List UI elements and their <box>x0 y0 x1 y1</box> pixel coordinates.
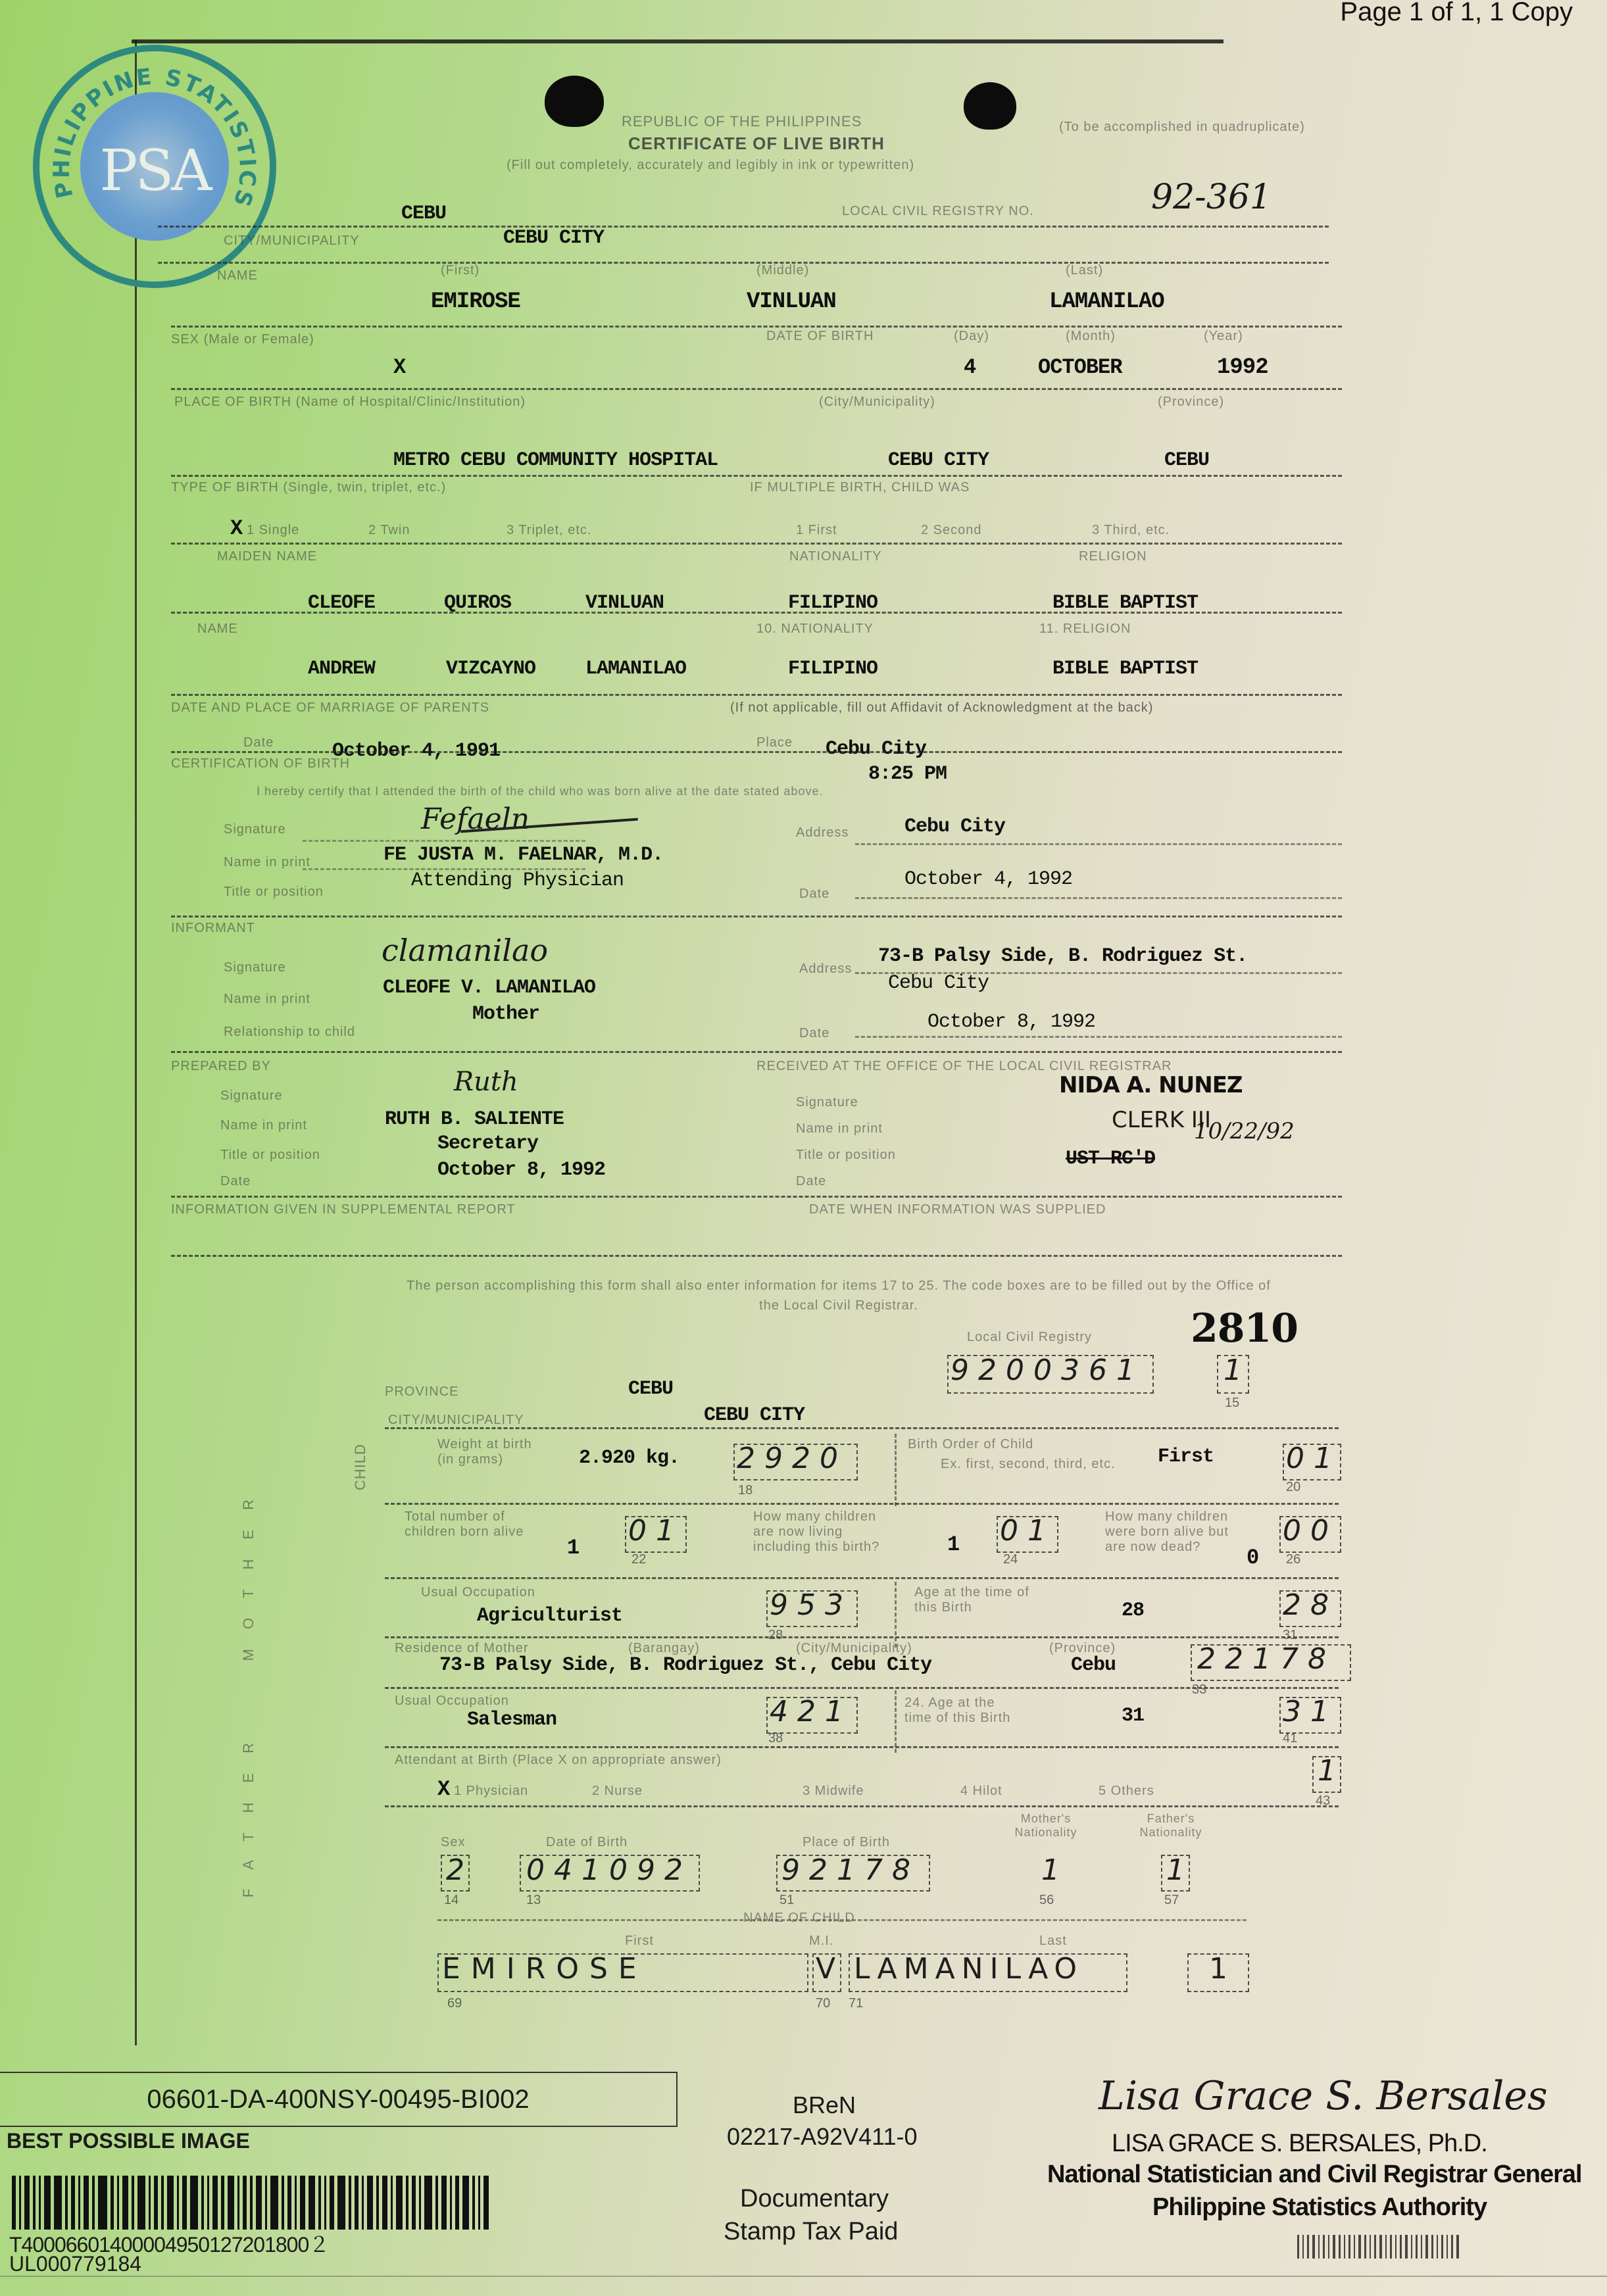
mother-nationality: FILIPINO <box>788 592 878 614</box>
attendant-option-physician: 1 Physician <box>454 1784 528 1799</box>
father-occ-line <box>385 1746 1339 1748</box>
province-line <box>158 226 1329 228</box>
living-code: 01 <box>1000 1514 1055 1548</box>
code-mother-nat-item: 56 <box>1039 1893 1054 1908</box>
father-age-label: 24. Age at the time of this Birth <box>904 1696 1023 1726</box>
marriage-date-label: Date <box>243 735 274 750</box>
code-dob-item: 13 <box>526 1893 541 1908</box>
day-label: (Day) <box>954 329 989 344</box>
received-signature-label: Signature <box>796 1095 858 1110</box>
father-name-label: NAME <box>197 622 238 637</box>
prepared-section-line <box>171 1196 1342 1198</box>
code-sex-item: 14 <box>444 1893 458 1908</box>
middle-label: (Middle) <box>756 263 809 278</box>
father-occupation-label: Usual Occupation <box>395 1694 509 1709</box>
birth-order-value: First <box>1158 1446 1214 1468</box>
mother-age-item: 31 <box>1283 1628 1297 1643</box>
living-item: 24 <box>1003 1552 1018 1567</box>
mother-occ-line <box>385 1636 1339 1638</box>
stat-city-label: CITY/MUNICIPALITY <box>388 1413 524 1428</box>
stat-province-label: PROVINCE <box>385 1384 458 1400</box>
total-born-value: 1 <box>567 1536 579 1560</box>
weight-divider <box>895 1434 897 1506</box>
code-pob: 92178 <box>781 1853 920 1887</box>
residence-line <box>385 1687 1339 1689</box>
mother-middle-name: QUIROS <box>444 592 511 614</box>
name-mi-label: M.I. <box>809 1934 833 1949</box>
dead-value: 0 <box>1247 1546 1258 1570</box>
informant-address-label: Address <box>799 962 852 977</box>
attendant-option-nurse: 2 Nurse <box>592 1784 643 1799</box>
attendant-stat-line <box>385 1805 1339 1807</box>
weight-item: 18 <box>738 1483 753 1498</box>
prepared-name: RUTH B. SALIENTE <box>385 1108 564 1131</box>
multiple-option-second: 2 Second <box>921 523 982 538</box>
attendant-title-label: Title or position <box>224 885 324 900</box>
copy-note: (To be accomplished in quadruplicate) <box>1059 120 1305 135</box>
father-age: 31 <box>1122 1705 1144 1727</box>
received-stamp-date: 10/22/92 <box>1194 1118 1295 1144</box>
mother-first-name: CLEOFE <box>308 592 375 614</box>
stamp-number: 2810 <box>1191 1306 1298 1352</box>
mother-occupation-code: 953 <box>770 1588 853 1622</box>
informant-address-line1: 73-B Palsy Side, B. Rodriguez St. <box>878 945 1247 967</box>
dob-label: DATE OF BIRTH <box>766 329 874 344</box>
attendant-sig-line <box>303 840 585 842</box>
name-extra-code: 1 <box>1209 1952 1237 1986</box>
signatory-signature: Lisa Grace S. Bersales <box>1099 2073 1548 2119</box>
type-option-triplet: 3 Triplet, etc. <box>507 523 592 538</box>
name-of-child-line <box>437 1919 1247 1921</box>
prepared-title-label: Title or position <box>220 1148 320 1163</box>
attendant-address-line <box>855 843 1342 845</box>
received-title-label: Title or position <box>796 1148 896 1163</box>
informant-address-rule <box>855 972 1342 974</box>
code-mother-nat-label: Mother's Nationality <box>1003 1812 1089 1840</box>
prepared-signature-label: Signature <box>220 1088 283 1104</box>
received-date-label: Date <box>796 1174 826 1189</box>
father-religion-label: 11. RELIGION <box>1039 622 1131 637</box>
bren-label: BReN <box>793 2091 856 2119</box>
birth-order-code: 01 <box>1286 1442 1341 1475</box>
informant-relationship: Mother <box>472 1003 539 1025</box>
weight-label: Weight at birth (in grams) <box>437 1437 543 1467</box>
weight-code: 2920 <box>737 1442 847 1475</box>
weight-line <box>385 1503 1339 1505</box>
weight-value: 2.920 kg. <box>579 1447 680 1469</box>
birth-time: 8:25 PM <box>868 763 947 785</box>
mother-occupation: Agriculturist <box>477 1605 622 1627</box>
registry-number: 92-361 <box>1151 178 1272 217</box>
side-label-father: FATHER <box>240 1723 257 1897</box>
type-label: TYPE OF BIRTH (Single, twin, triplet, et… <box>171 480 446 495</box>
type-option-twin: 2 Twin <box>368 523 410 538</box>
signatory-title: National Statistician and Civil Registra… <box>1047 2161 1582 2189</box>
birth-province: CEBU <box>1164 449 1209 472</box>
year-label: (Year) <box>1204 329 1243 344</box>
attendant-address-label: Address <box>796 825 849 841</box>
attendant-signature-label: Signature <box>224 822 286 837</box>
signatory-name: LISA GRACE S. BERSALES, Ph.D. <box>1112 2130 1487 2158</box>
stat-attendant-mark: X <box>437 1777 449 1801</box>
total-born-item: 22 <box>631 1552 646 1567</box>
dead-item: 26 <box>1286 1552 1300 1567</box>
local-registry-item-no: 15 <box>1225 1396 1239 1411</box>
prepared-date: October 8, 1992 <box>437 1159 605 1181</box>
father-religion: BIBLE BAPTIST <box>1052 658 1198 680</box>
name-item-mi: 70 <box>816 1996 830 2011</box>
father-last-name: LAMANILAO <box>585 658 686 680</box>
attendant-name: FE JUSTA M. FAELNAR, M.D. <box>383 844 663 866</box>
code-pob-item: 51 <box>779 1893 794 1908</box>
bren-number: 02217-A92V411-0 <box>727 2123 918 2151</box>
name-last-label: Last <box>1039 1934 1067 1949</box>
punch-hole-right <box>964 82 1016 130</box>
dob-day: 4 <box>964 355 976 379</box>
code-dob: 041092 <box>526 1853 692 1887</box>
mother-age-label: Age at the time of this Birth <box>914 1585 1033 1615</box>
stat-attendant-code: 1 <box>1318 1754 1345 1788</box>
birth-city: CEBU CITY <box>888 449 989 472</box>
type-line <box>171 543 1342 545</box>
multiple-option-third: 3 Third, etc. <box>1092 523 1170 538</box>
informant-date-rule <box>855 1036 1342 1038</box>
code-father-nat-label: Father's Nationality <box>1128 1812 1214 1840</box>
mother-nationality-label: NATIONALITY <box>789 549 882 564</box>
code-sex: 2 <box>446 1853 474 1887</box>
supplemental-label: INFORMATION GIVEN IN SUPPLEMENTAL REPORT <box>171 1202 516 1217</box>
informant-date: October 8, 1992 <box>927 1011 1095 1033</box>
punch-hole-left <box>545 76 604 127</box>
father-age-code: 31 <box>1283 1695 1338 1728</box>
municipality-label: CITY/MUNICIPALITY <box>224 233 360 249</box>
mother-religion: BIBLE BAPTIST <box>1052 592 1198 614</box>
ul-number: UL000779184 <box>9 2252 141 2276</box>
document-code-box: 06601-DA-400NSY-00495-BI002 <box>0 2072 678 2127</box>
month-label: (Month) <box>1066 329 1116 344</box>
attendant-option-others: 5 Others <box>1099 1784 1154 1799</box>
father-age-item: 41 <box>1283 1731 1297 1746</box>
dob-month: OCTOBER <box>1038 355 1122 379</box>
first-label: (First) <box>441 263 480 278</box>
name-label: NAME <box>217 268 258 283</box>
father-occupation: Salesman <box>467 1709 556 1731</box>
dead-label: How many children were born alive but ar… <box>1105 1509 1237 1555</box>
mother-occupation-label: Usual Occupation <box>421 1585 535 1600</box>
place-province-label: (Province) <box>1158 395 1224 410</box>
code-dob-label: Date of Birth <box>546 1835 628 1850</box>
multiple-option-first: 1 First <box>796 523 837 538</box>
father-line <box>171 694 1342 696</box>
marriage-line <box>171 751 1342 753</box>
multiple-label: IF MULTIPLE BIRTH, CHILD WAS <box>750 480 970 495</box>
birth-order-item: 20 <box>1286 1480 1300 1495</box>
signatory-org: Philippine Statistics Authority <box>1152 2193 1487 2222</box>
code-father-nat-item: 57 <box>1164 1893 1179 1908</box>
sex-mark: X <box>393 355 405 379</box>
name-line <box>171 326 1342 328</box>
father-occupation-code: 421 <box>770 1695 853 1728</box>
form-title: CERTIFICATE OF LIVE BIRTH <box>628 134 885 154</box>
stat-attendant-label: Attendant at Birth (Place X on appropria… <box>395 1753 722 1768</box>
place-city-label: (City/Municipality) <box>819 395 935 410</box>
received-name-label: Name in print <box>796 1121 883 1136</box>
form-instructions: (Fill out completely, accurately and leg… <box>507 158 914 173</box>
total-born-label: Total number of children born alive <box>405 1509 536 1540</box>
father-middle-name: VIZCAYNO <box>446 658 535 680</box>
dead-code: 00 <box>1283 1514 1338 1548</box>
page-bottom-edge <box>0 2276 1607 2277</box>
stat-province: CEBU <box>628 1378 673 1400</box>
province-value: CEBU <box>401 203 446 225</box>
barcode-main <box>12 2176 492 2230</box>
mother-age: 28 <box>1122 1600 1144 1622</box>
prepared-date-label: Date <box>220 1174 251 1189</box>
mother-occupation-item: 28 <box>768 1628 783 1643</box>
attendant-option-hilot: 4 Hilot <box>960 1784 1002 1799</box>
stamp-tax-line2: Stamp Tax Paid <box>724 2218 898 2246</box>
last-label: (Last) <box>1066 263 1103 278</box>
seal-initials: PSA <box>80 138 229 204</box>
informant-signature-label: Signature <box>224 960 286 975</box>
stat-city: CEBU CITY <box>704 1404 804 1427</box>
father-nationality-label: 10. NATIONALITY <box>756 622 874 637</box>
informant-label: INFORMANT <box>171 921 255 936</box>
name-of-child-label: NAME OF CHILD <box>743 1911 855 1926</box>
child-middle-name: VINLUAN <box>747 289 836 314</box>
informant-name: CLEOFE V. LAMANILAO <box>383 977 595 999</box>
children-line <box>385 1577 1339 1579</box>
republic-label: REPUBLIC OF THE PHILIPPINES <box>622 113 862 130</box>
certification-statement: I hereby certify that I attended the bir… <box>257 785 823 798</box>
code-father-nat: 1 <box>1166 1853 1194 1887</box>
attendant-date-line <box>855 897 1342 899</box>
informant-section-line <box>171 1051 1342 1053</box>
supplemental-line <box>171 1255 1342 1257</box>
informant-name-label: Name in print <box>224 992 310 1007</box>
stamp-tax-line1: Documentary <box>740 2185 889 2213</box>
birth-order-hint: Ex. first, second, third, etc. <box>941 1457 1116 1472</box>
left-border <box>135 39 137 2045</box>
registry-number-label: LOCAL CIVIL REGISTRY NO. <box>842 204 1034 219</box>
type-mark: X <box>230 516 242 541</box>
total-born-code: 01 <box>628 1514 683 1548</box>
prepared-name-label: Name in print <box>220 1118 307 1133</box>
father-first-name: ANDREW <box>308 658 375 680</box>
received-stamp: UST RC'D <box>1066 1148 1155 1170</box>
name-mi-code: V <box>816 1952 845 1986</box>
attendant-date: October 4, 1992 <box>904 868 1072 891</box>
code-pob-label: Place of Birth <box>803 1835 890 1850</box>
marriage-place: Cebu City <box>826 738 926 760</box>
stat-city-line <box>385 1427 1339 1429</box>
psa-seal-icon: PHILIPPINE STATISTICS AUTHORITY PSA <box>33 45 276 288</box>
municipality-line <box>158 262 1329 264</box>
attendant-date-label: Date <box>799 887 829 902</box>
certification-label: CERTIFICATION OF BIRTH <box>171 756 350 771</box>
code-mother-nat: 1 <box>1041 1853 1069 1887</box>
father-occupation-item: 38 <box>768 1731 783 1746</box>
informant-relationship-label: Relationship to child <box>224 1025 355 1040</box>
received-name: NIDA A. NUNEZ <box>1059 1072 1243 1098</box>
local-registry-code: 9200361 <box>951 1354 1144 1387</box>
dob-line <box>171 388 1342 390</box>
informant-date-label: Date <box>799 1026 829 1041</box>
name-first-code: EMIROSE <box>442 1952 647 1986</box>
barcode-security <box>1297 2235 1462 2259</box>
type-option-single: 1 Single <box>247 523 299 538</box>
attendant-name-label: Name in print <box>224 855 310 870</box>
mother-last-name: VINLUAN <box>585 592 664 614</box>
attendant-address: Cebu City <box>904 816 1005 838</box>
birth-order-label: Birth Order of Child <box>908 1437 1033 1452</box>
sex-label: SEX (Male or Female) <box>171 332 314 347</box>
residence-code: 22178 <box>1197 1642 1335 1676</box>
birth-hospital: METRO CEBU COMMUNITY HOSPITAL <box>393 449 718 472</box>
local-registry-label: Local Civil Registry <box>967 1330 1092 1345</box>
code-sex-label: Sex <box>441 1835 465 1850</box>
marriage-label: DATE AND PLACE OF MARRIAGE OF PARENTS <box>171 700 489 716</box>
informant-signature: clamanilao <box>382 933 548 968</box>
document-code: 06601-DA-400NSY-00495-BI002 <box>147 2085 529 2114</box>
name-item-first: 69 <box>447 1996 462 2011</box>
marriage-note: (If not applicable, fill out Affidavit o… <box>730 700 1153 716</box>
mother-line <box>171 612 1342 614</box>
local-registry-item: 1 <box>1224 1354 1251 1387</box>
informant-address-line2: Cebu City <box>888 972 989 994</box>
name-item-last: 71 <box>849 1996 863 2011</box>
residence-item: 33 <box>1192 1682 1206 1698</box>
place-label: PLACE OF BIRTH (Name of Hospital/Clinic/… <box>174 395 526 410</box>
mother-name-label: MAIDEN NAME <box>217 549 317 564</box>
best-image-label: BEST POSSIBLE IMAGE <box>7 2129 250 2153</box>
side-label-child: CHILD <box>352 1444 369 1490</box>
place-line <box>171 475 1342 477</box>
living-value: 1 <box>947 1532 959 1557</box>
prepared-signature: Ruth <box>454 1067 518 1097</box>
father-occ-divider <box>895 1690 897 1753</box>
attendant-section-line <box>171 916 1342 917</box>
prepared-label: PREPARED BY <box>171 1059 271 1074</box>
side-label-mother: MOTHER <box>240 1480 257 1661</box>
residence-province: Cebu <box>1071 1654 1116 1676</box>
attendant-option-midwife: 3 Midwife <box>803 1784 864 1799</box>
dob-year: 1992 <box>1217 355 1268 380</box>
name-last-code: LAMANILAO <box>854 1952 1083 1986</box>
child-first-name: EMIROSE <box>431 289 520 314</box>
top-border <box>132 39 1224 43</box>
page-count: Page 1 of 1, 1 Copy <box>1340 0 1573 27</box>
municipality-value: CEBU CITY <box>503 227 604 249</box>
marriage-place-label: Place <box>756 735 793 750</box>
child-last-name: LAMANILAO <box>1049 289 1164 314</box>
mother-religion-label: RELIGION <box>1079 549 1147 564</box>
supplemental-date-label: DATE WHEN INFORMATION WAS SUPPLIED <box>809 1202 1106 1217</box>
father-nationality: FILIPINO <box>788 658 878 680</box>
residence-value: 73-B Palsy Side, B. Rodriguez St., Cebu … <box>439 1654 931 1676</box>
attendant-title: Attending Physician <box>411 869 624 892</box>
living-label: How many children are now living includi… <box>753 1509 898 1555</box>
mother-age-code: 28 <box>1283 1588 1338 1622</box>
name-first-label: First <box>625 1934 654 1949</box>
prepared-title: Secretary <box>437 1133 538 1155</box>
statistical-note: The person accomplishing this form shall… <box>395 1276 1283 1315</box>
